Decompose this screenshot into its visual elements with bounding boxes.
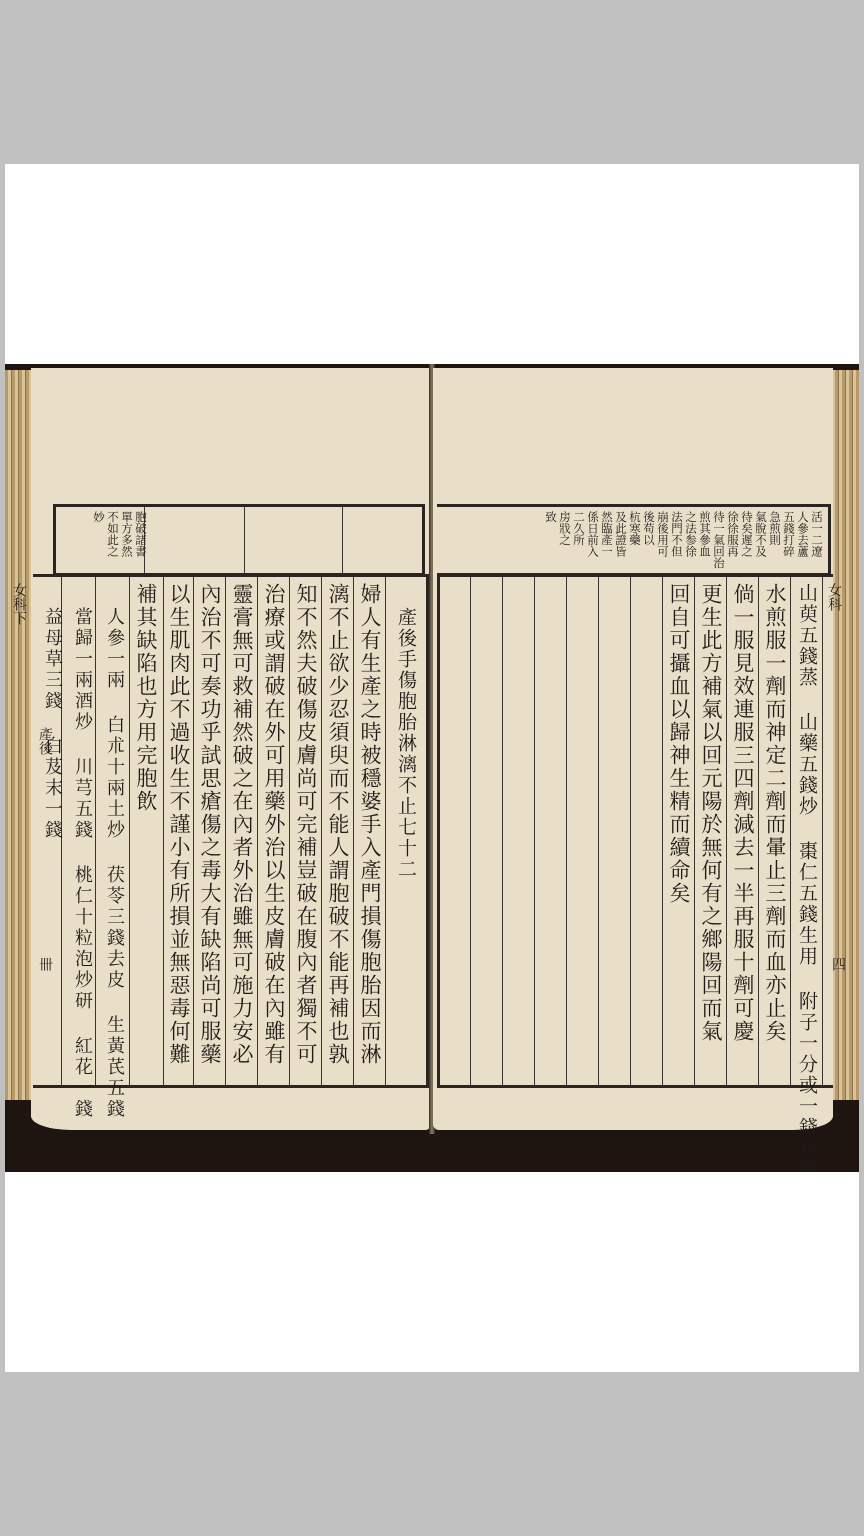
body-column-1: 婦人有生產之時被穩婆手入產門損傷胞胎因而淋 [355,583,385,1066]
right-recipe-line: 山萸五錢蒸 山藥五錢炒 棗仁五錢生用 附子一分或一錢自製 [792,583,822,1172]
body-column-7: 以生肌肉此不過收生不謹小有所損並無惡毒何難 [164,583,194,1066]
right-body-column-4: 回自可攝血以歸神生精而續命矣 [664,583,694,905]
recipe-line-1: 人參一兩 白朮十兩土炒 茯苓三錢去皮 生黃芪五錢 [99,607,129,1120]
right-top-notes: 活一二遼 人參去蘆 五錢打碎 急煎則 氣脫不及 待矣遲之 徐徐服再 待一氣回治 … [544,511,824,569]
right-page: 活一二遼 人參去蘆 五錢打碎 急煎則 氣脫不及 待矣遲之 徐徐服再 待一氣回治 … [433,368,833,1130]
recipe-line-3: 益母草三錢 白芨末一錢 [37,607,67,841]
right-body-column-3: 更生此方補氣以回元陽於無何有之鄉陽回而氣 [696,583,726,1043]
book-fore-edge-right [831,370,859,1100]
right-main-frame: 女科 四 山萸五錢蒸 山藥五錢炒 棗仁五錢生用 附子一分或一錢自製 水煎服一劑而… [437,574,833,1088]
right-margin-page-number: 四 [828,957,848,971]
left-page: 胞破諸書 單方多然 不如此之 妙 女科下 產後 卌 產後手傷胞胎淋漓不止七十二 … [31,368,431,1130]
left-main-frame: 女科下 產後 卌 產後手傷胞胎淋漓不止七十二 婦人有生產之時被穩婆手入產門損傷胞… [33,574,429,1088]
right-body-column-2: 倘一服見效連服三四劑減去一半再服十劑可慶 [728,583,758,1043]
right-body-column-1: 水煎服一劑而神定二劑而暈止三劑而血亦止矣 [760,583,790,1043]
body-column-5: 靈膏無可救補然破之在內者外治雖無可施力安必 [227,583,257,1066]
body-column-3: 知不然夫破傷皮膚尚可完補豈破在腹內者獨不可 [291,583,321,1066]
body-column-8: 補其缺陷也方用完胞飲 [131,583,161,813]
recipe-line-2: 當歸一兩酒炒 川芎五錢 桃仁十粒泡炒研 紅花一錢 [67,607,97,1120]
body-column-2: 漓不止欲少忍須臾而不能人謂胞破不能再補也孰 [323,583,353,1066]
book-scan-image: 胞破諸書 單方多然 不如此之 妙 女科下 產後 卌 產後手傷胞胎淋漓不止七十二 … [5,364,859,1172]
book-fore-edge-left [5,370,33,1100]
right-top-notes-frame: 活一二遼 人參去蘆 五錢打碎 急煎則 氣脫不及 待矣遲之 徐徐服再 待一氣回治 … [437,504,831,576]
right-margin-title: 女科 [824,583,844,611]
body-column-4: 治療或謂破在外可用藥外治以生皮膚破在內雖有 [259,583,289,1066]
left-margin-page-number: 卌 [35,957,55,971]
left-top-notes-frame: 胞破諸書 單方多然 不如此之 妙 [53,504,425,576]
left-top-notes: 胞破諸書 單方多然 不如此之 妙 [92,511,148,557]
section-heading: 產後手傷胞胎淋漓不止七十二 [391,607,421,880]
body-column-6: 內治不可奏功乎試思瘡傷之毒大有缺陷尚可服藥 [195,583,225,1066]
left-margin-title: 女科下 [9,583,29,625]
